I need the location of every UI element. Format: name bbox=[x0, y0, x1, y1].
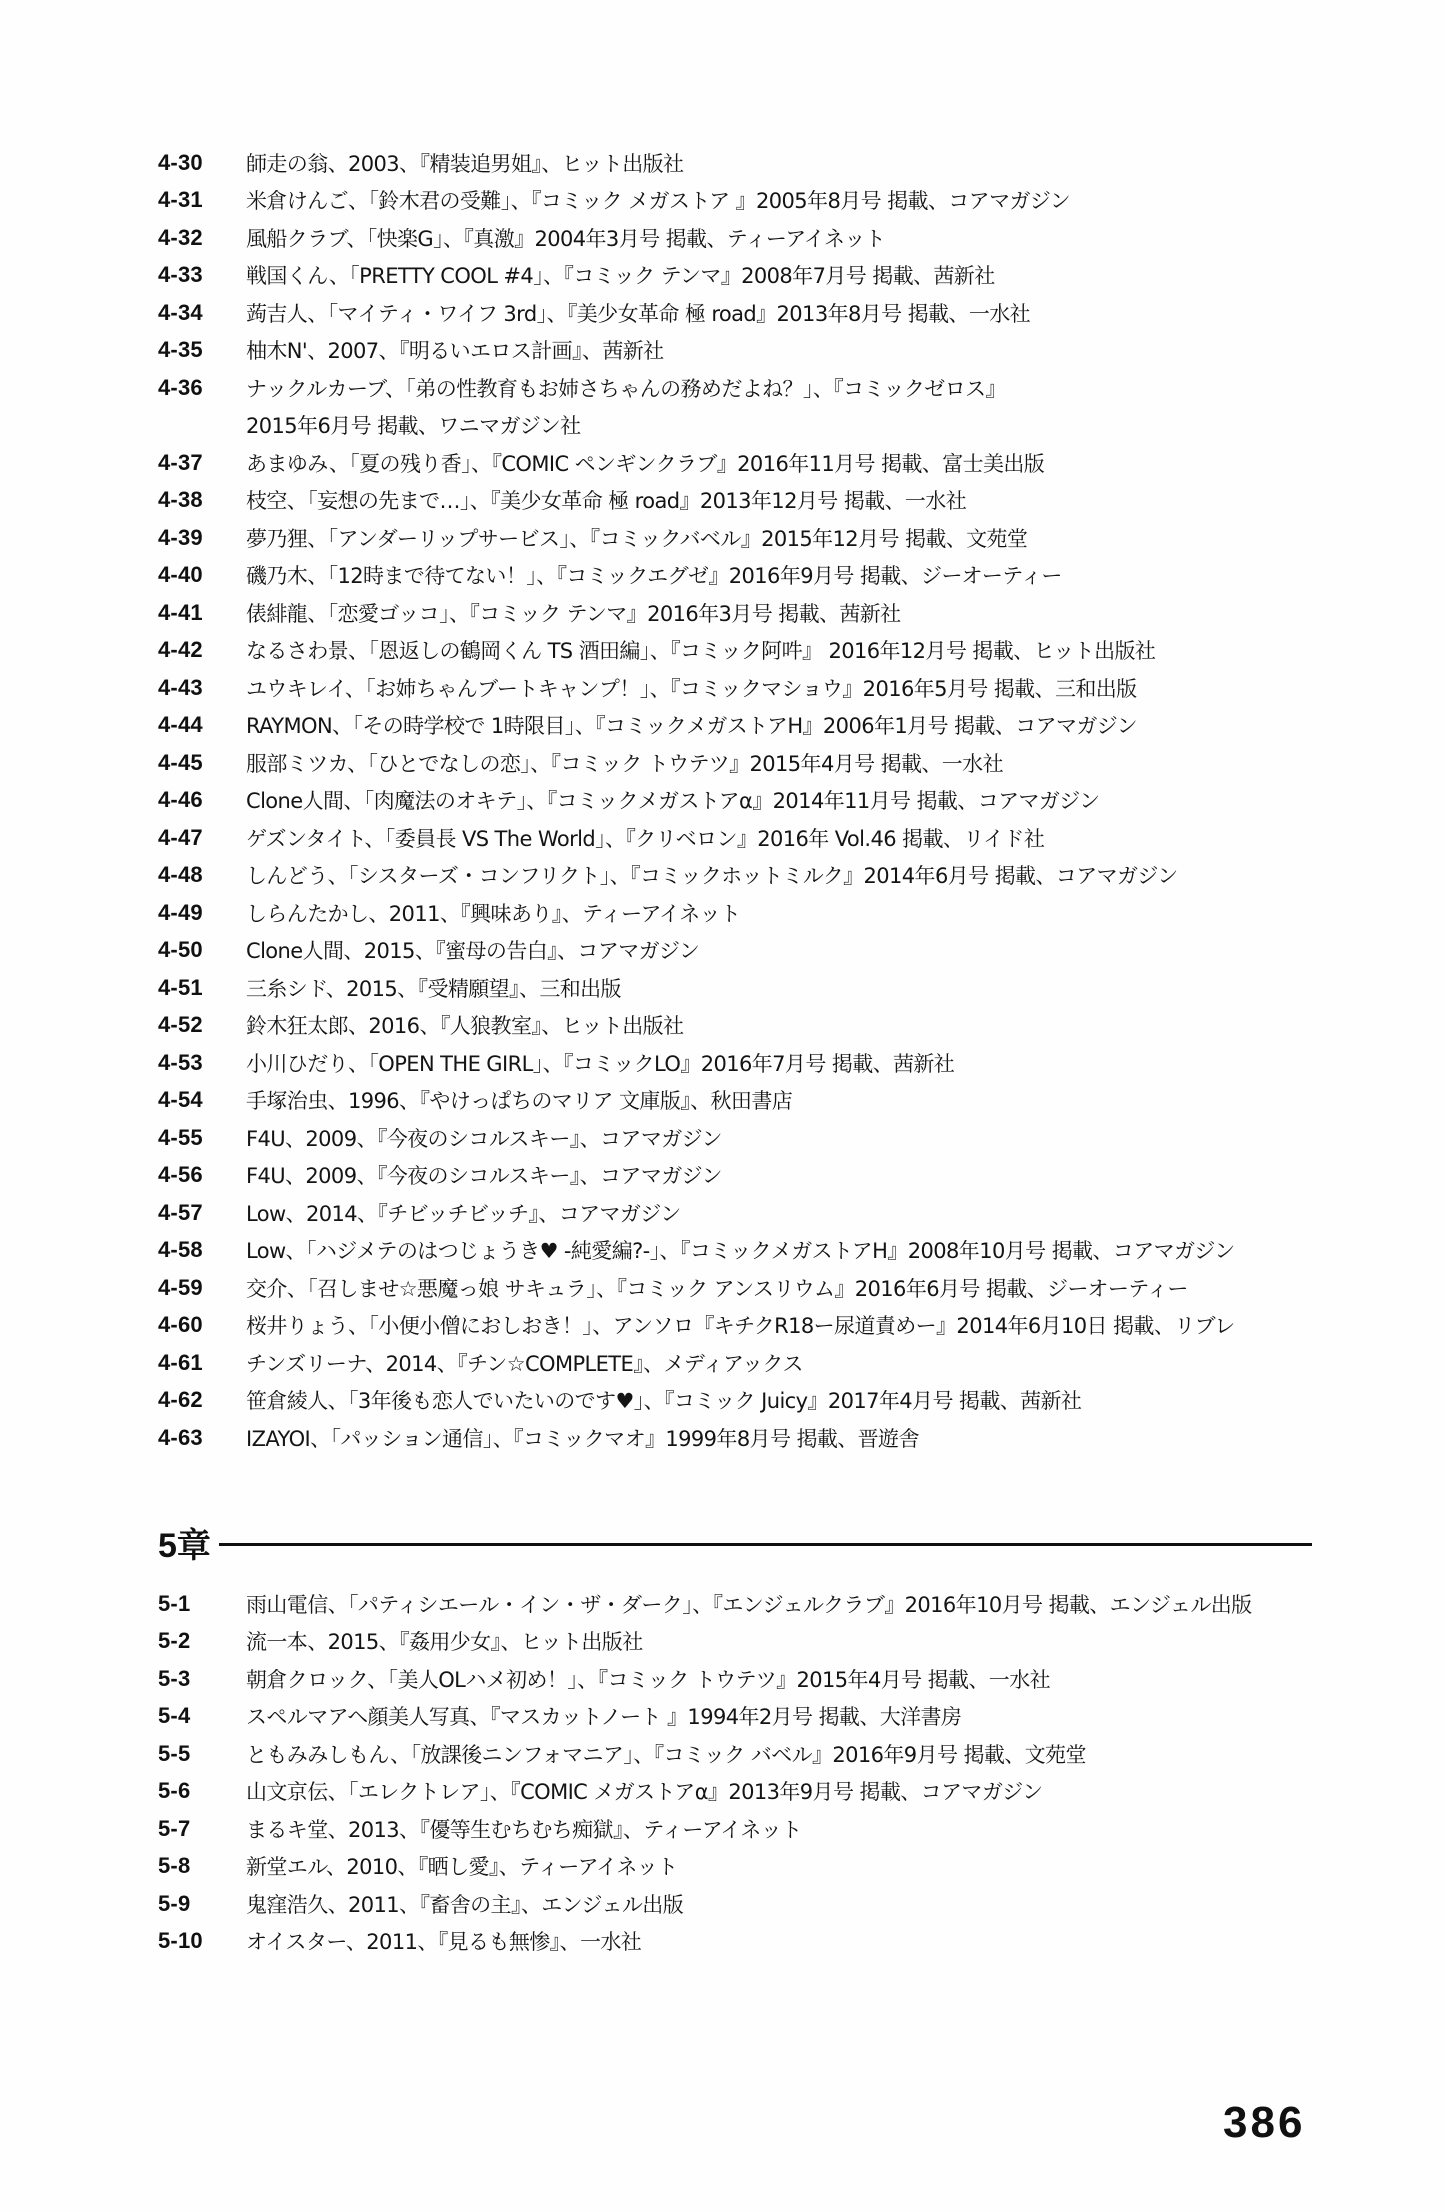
reference-entry: 5-7まるキ堂、2013、『優等生むちむち痴獄』、ティーアイネット bbox=[158, 1810, 802, 1847]
entry-text: ユウキレイ、「お姉ちゃんブートキャンプ！」、『コミックマショウ』2016年5月号… bbox=[246, 673, 1137, 703]
document-page: 4-30師走の翁、2003、『精装追男姐』、ヒット出版社 4-31米倉けんご、「… bbox=[0, 0, 1445, 2212]
entry-number: 4-58 bbox=[158, 1237, 246, 1263]
entry-text: 朝倉クロック、「美人OLハメ初め！」、『コミック トウテツ』2015年4月号 掲… bbox=[246, 1664, 1050, 1694]
reference-entry: 4-45服部ミツカ、「ひとでなしの恋」、『コミック トウテツ』2015年4月号 … bbox=[158, 744, 1003, 781]
entry-text: 戦国くん、「PRETTY COOL #4」、『コミック テンマ』2008年7月号… bbox=[246, 260, 995, 290]
entry-number: 4-39 bbox=[158, 525, 246, 551]
reference-entry: 4-57Low、2014、『チビッチビッチ』、コアマガジン bbox=[158, 1194, 681, 1231]
entry-number: 4-30 bbox=[158, 150, 246, 176]
entry-text-continuation: 2015年6月号 掲載、ワニマガジン社 bbox=[246, 410, 581, 440]
entry-text: 笹倉綾人、「3年後も恋人でいたいのです♥」、『コミック Juicy』2017年4… bbox=[246, 1385, 1081, 1415]
entry-text: 鬼窪浩久、2011、『畜舎の主』、エンジェル出版 bbox=[246, 1889, 683, 1919]
entry-text: 三糸シド、2015、『受精願望』、三和出版 bbox=[246, 973, 621, 1003]
entry-text: オイスター、2011、『見るも無惨』、一水社 bbox=[246, 1926, 641, 1956]
entry-text: Clone人間、「肉魔法のオキテ」、『コミックメガストアα』2014年11月号 … bbox=[246, 785, 1100, 815]
entry-text: 服部ミツカ、「ひとでなしの恋」、『コミック トウテツ』2015年4月号 掲載、一… bbox=[246, 748, 1003, 778]
reference-entry: 5-3朝倉クロック、「美人OLハメ初め！」、『コミック トウテツ』2015年4月… bbox=[158, 1660, 1050, 1697]
entry-number: 4-45 bbox=[158, 750, 246, 776]
entry-number: 4-59 bbox=[158, 1275, 246, 1301]
reference-entry: 4-44RAYMON、「その時学校で 1時限目」、『コミックメガストアH』200… bbox=[158, 706, 1137, 743]
reference-entry: 4-46Clone人間、「肉魔法のオキテ」、『コミックメガストアα』2014年1… bbox=[158, 781, 1100, 818]
entry-number: 5-2 bbox=[158, 1628, 246, 1654]
reference-entry: 4-33戦国くん、「PRETTY COOL #4」、『コミック テンマ』2008… bbox=[158, 256, 995, 293]
entry-number: 5-6 bbox=[158, 1778, 246, 1804]
entry-number: 4-40 bbox=[158, 562, 246, 588]
reference-entry: 4-35柚木N'、2007、『明るいエロス計画』、茜新社 bbox=[158, 331, 664, 368]
entry-number: 4-33 bbox=[158, 262, 246, 288]
entry-number: 5-4 bbox=[158, 1703, 246, 1729]
entry-text: 磯乃木、「12時まで待てない！」、『コミックエグゼ』2016年9月号 掲載、ジー… bbox=[246, 560, 1062, 590]
reference-entry: 4-47ゲズンタイト、「委員長 VS The World」、『クリベロン』201… bbox=[158, 819, 1044, 856]
entry-number: 5-1 bbox=[158, 1591, 246, 1617]
entry-number: 4-63 bbox=[158, 1425, 246, 1451]
entry-number: 4-52 bbox=[158, 1012, 246, 1038]
entry-number: 4-53 bbox=[158, 1050, 246, 1076]
entry-number: 4-56 bbox=[158, 1162, 246, 1188]
entry-number: 5-7 bbox=[158, 1816, 246, 1842]
entry-number: 5-5 bbox=[158, 1741, 246, 1767]
reference-entry: 4-61チンズリーナ、2014、『チン☆COMPLETE』、メディアックス bbox=[158, 1344, 803, 1381]
entry-text: 枝空、「妄想の先まで…」、『美少女革命 極 road』2013年12月号 掲載、… bbox=[246, 485, 966, 515]
reference-entry: 4-52鈴木狂太郎、2016、『人狼教室』、ヒット出版社 bbox=[158, 1006, 683, 1043]
page-number: 386 bbox=[1223, 2098, 1305, 2148]
entry-text: Low、「ハジメテのはつじょうき♥ -純愛編?-」、『コミックメガストアH』20… bbox=[246, 1235, 1235, 1265]
entry-number: 4-49 bbox=[158, 900, 246, 926]
entry-text: しらんたかし、2011、『興味あり』、ティーアイネット bbox=[246, 898, 740, 928]
entry-text: 交介、「召しませ☆悪魔っ娘 サキュラ」、『コミック アンスリウム』2016年6月… bbox=[246, 1273, 1188, 1303]
reference-entry: 4-43ユウキレイ、「お姉ちゃんブートキャンプ！」、『コミックマショウ』2016… bbox=[158, 669, 1137, 706]
entry-number: 4-61 bbox=[158, 1350, 246, 1376]
reference-entry: 4-30師走の翁、2003、『精装追男姐』、ヒット出版社 bbox=[158, 144, 683, 181]
entry-number: 4-41 bbox=[158, 600, 246, 626]
entry-text: まるキ堂、2013、『優等生むちむち痴獄』、ティーアイネット bbox=[246, 1814, 802, 1844]
reference-entry: 5-9鬼窪浩久、2011、『畜舎の主』、エンジェル出版 bbox=[158, 1885, 683, 1922]
reference-entry: 4-63IZAYOI、「パッション通信」、『コミックマオ』1999年8月号 掲載… bbox=[158, 1419, 919, 1456]
reference-entry: 4-58Low、「ハジメテのはつじょうき♥ -純愛編?-」、『コミックメガストア… bbox=[158, 1231, 1235, 1268]
entry-number: 4-44 bbox=[158, 712, 246, 738]
reference-entry: 4-54手塚治虫、1996、『やけっぱちのマリア 文庫版』、秋田書店 bbox=[158, 1081, 792, 1118]
entry-number: 4-50 bbox=[158, 937, 246, 963]
reference-entry: 4-34蒟吉人、「マイティ・ワイフ 3rd」、『美少女革命 極 road』201… bbox=[158, 294, 1030, 331]
entry-text: Clone人間、2015、『蜜母の告白』、コアマガジン bbox=[246, 935, 699, 965]
entry-number: 4-32 bbox=[158, 225, 246, 251]
entry-text: チンズリーナ、2014、『チン☆COMPLETE』、メディアックス bbox=[246, 1348, 803, 1378]
entry-text: 小川ひだり、「OPEN THE GIRL」、『コミックLO』2016年7月号 掲… bbox=[246, 1048, 954, 1078]
entry-text: 手塚治虫、1996、『やけっぱちのマリア 文庫版』、秋田書店 bbox=[246, 1085, 792, 1115]
entry-text: 師走の翁、2003、『精装追男姐』、ヒット出版社 bbox=[246, 148, 683, 178]
entry-text: 山文京伝、「エレクトレア」、『COMIC メガストアα』2013年9月号 掲載、… bbox=[246, 1776, 1043, 1806]
chapter-heading: 5章 bbox=[158, 1518, 1312, 1567]
entry-number: 4-46 bbox=[158, 787, 246, 813]
entry-text: F4U、2009、『今夜のシコルスキー』、コアマガジン bbox=[246, 1123, 722, 1153]
entry-number: 4-60 bbox=[158, 1312, 246, 1338]
entry-text: 流一本、2015、『姦用少女』、ヒット出版社 bbox=[246, 1626, 643, 1656]
entry-text: スペルマアヘ顔美人写真、『マスカットノート 』1994年2月号 掲載、大洋書房 bbox=[246, 1701, 961, 1731]
entry-number: 4-38 bbox=[158, 487, 246, 513]
reference-entry: 4-42なるさわ景、「恩返しの鶴岡くん TS 酒田編」、『コミック阿吽』 201… bbox=[158, 631, 1155, 668]
entry-text: 新堂エル、2010、『晒し愛』、ティーアイネット bbox=[246, 1851, 678, 1881]
entry-number: 5-10 bbox=[158, 1928, 246, 1954]
entry-text: ゲズンタイト、「委員長 VS The World」、『クリベロン』2016年 V… bbox=[246, 823, 1044, 853]
entry-number: 4-37 bbox=[158, 450, 246, 476]
entry-number: 4-47 bbox=[158, 825, 246, 851]
reference-entry: 5-10オイスター、2011、『見るも無惨』、一水社 bbox=[158, 1922, 641, 1959]
entry-number: 4-51 bbox=[158, 975, 246, 1001]
entry-number: 4-54 bbox=[158, 1087, 246, 1113]
entry-number: 5-3 bbox=[158, 1666, 246, 1692]
entry-number: 4-48 bbox=[158, 862, 246, 888]
reference-entry: 4-38枝空、「妄想の先まで…」、『美少女革命 極 road』2013年12月号… bbox=[158, 481, 966, 518]
reference-entry: 5-6山文京伝、「エレクトレア」、『COMIC メガストアα』2013年9月号 … bbox=[158, 1772, 1043, 1809]
reference-entry: 4-48しんどう、「シスターズ・コンフリクト」、『コミックホットミルク』2014… bbox=[158, 856, 1178, 893]
reference-entry: 4-37あまゆみ、「夏の残り香」、『COMIC ペンギンクラブ』2016年11月… bbox=[158, 444, 1044, 481]
reference-entry: 5-8新堂エル、2010、『晒し愛』、ティーアイネット bbox=[158, 1847, 678, 1884]
entry-number: 4-42 bbox=[158, 637, 246, 663]
reference-entry: 5-4スペルマアヘ顔美人写真、『マスカットノート 』1994年2月号 掲載、大洋… bbox=[158, 1697, 961, 1734]
reference-entry: 4-55F4U、2009、『今夜のシコルスキー』、コアマガジン bbox=[158, 1119, 722, 1156]
reference-entry: 4-50Clone人間、2015、『蜜母の告白』、コアマガジン bbox=[158, 931, 699, 968]
entry-text: 雨山電信、「パティシエール・イン・ザ・ダーク」、『エンジェルクラブ』2016年1… bbox=[246, 1589, 1252, 1619]
entry-text: あまゆみ、「夏の残り香」、『COMIC ペンギンクラブ』2016年11月号 掲載… bbox=[246, 448, 1044, 478]
reference-entry: 4-41俵緋龍、「恋愛ゴッコ」、『コミック テンマ』2016年3月号 掲載、茜新… bbox=[158, 594, 901, 631]
entry-text: RAYMON、「その時学校で 1時限目」、『コミックメガストアH』2006年1月… bbox=[246, 710, 1137, 740]
entry-number: 4-34 bbox=[158, 300, 246, 326]
entry-text: 鈴木狂太郎、2016、『人狼教室』、ヒット出版社 bbox=[246, 1010, 683, 1040]
entry-text: IZAYOI、「パッション通信」、『コミックマオ』1999年8月号 掲載、晋遊舎 bbox=[246, 1423, 919, 1453]
reference-entry: 5-5ともみみしもん、「放課後ニンフォマニア」、『コミック バベル』2016年9… bbox=[158, 1735, 1086, 1772]
reference-entry: 5-1雨山電信、「パティシエール・イン・ザ・ダーク」、『エンジェルクラブ』201… bbox=[158, 1585, 1252, 1622]
chapter-title: 5章 bbox=[158, 1518, 211, 1567]
entry-text: なるさわ景、「恩返しの鶴岡くん TS 酒田編」、『コミック阿吽』 2016年12… bbox=[246, 635, 1155, 665]
reference-entry: 4-56F4U、2009、『今夜のシコルスキー』、コアマガジン bbox=[158, 1156, 722, 1193]
reference-entry: 4-40磯乃木、「12時まで待てない！」、『コミックエグゼ』2016年9月号 掲… bbox=[158, 556, 1062, 593]
entry-text: Low、2014、『チビッチビッチ』、コアマガジン bbox=[246, 1198, 681, 1228]
entry-text: 夢乃狸、「アンダーリップサービス」、『コミックバベル』2015年12月号 掲載、… bbox=[246, 523, 1027, 553]
entry-number: 4-55 bbox=[158, 1125, 246, 1151]
entry-text: しんどう、「シスターズ・コンフリクト」、『コミックホットミルク』2014年6月号… bbox=[246, 860, 1178, 890]
reference-entry: 4-59交介、「召しませ☆悪魔っ娘 サキュラ」、『コミック アンスリウム』201… bbox=[158, 1269, 1188, 1306]
entry-number: 4-62 bbox=[158, 1387, 246, 1413]
reference-entry: 4-49しらんたかし、2011、『興味あり』、ティーアイネット bbox=[158, 894, 740, 931]
entry-text: 米倉けんご、「鈴木君の受難」、『コミック メガストア 』2005年8月号 掲載、… bbox=[246, 185, 1070, 215]
entry-text: 柚木N'、2007、『明るいエロス計画』、茜新社 bbox=[246, 335, 664, 365]
entry-text: 俵緋龍、「恋愛ゴッコ」、『コミック テンマ』2016年3月号 掲載、茜新社 bbox=[246, 598, 901, 628]
entry-number: 4-36 bbox=[158, 375, 246, 401]
entry-text: 風船クラブ、「快楽G」、『真激』2004年3月号 掲載、ティーアイネット bbox=[246, 223, 885, 253]
reference-entry: 4-62笹倉綾人、「3年後も恋人でいたいのです♥」、『コミック Juicy』20… bbox=[158, 1381, 1081, 1418]
entry-text: ナックルカーブ、「弟の性教育もお姉さちゃんの務めだよね？」、『コミックゼロス』 bbox=[246, 373, 1006, 403]
entry-number: 4-31 bbox=[158, 187, 246, 213]
entry-number: 4-35 bbox=[158, 337, 246, 363]
reference-entry: 4-36ナックルカーブ、「弟の性教育もお姉さちゃんの務めだよね？」、『コミックゼ… bbox=[158, 369, 1006, 406]
reference-entry: 4-32風船クラブ、「快楽G」、『真激』2004年3月号 掲載、ティーアイネット bbox=[158, 219, 885, 256]
reference-entry: 5-2流一本、2015、『姦用少女』、ヒット出版社 bbox=[158, 1622, 643, 1659]
entry-number: 4-57 bbox=[158, 1200, 246, 1226]
entry-number: 5-8 bbox=[158, 1853, 246, 1879]
reference-entry: 4-51三糸シド、2015、『受精願望』、三和出版 bbox=[158, 969, 621, 1006]
entry-text: F4U、2009、『今夜のシコルスキー』、コアマガジン bbox=[246, 1160, 722, 1190]
reference-entry: 4-31米倉けんご、「鈴木君の受難」、『コミック メガストア 』2005年8月号… bbox=[158, 181, 1070, 218]
reference-entry-continuation: 2015年6月号 掲載、ワニマガジン社 bbox=[246, 406, 581, 443]
reference-entry: 4-39夢乃狸、「アンダーリップサービス」、『コミックバベル』2015年12月号… bbox=[158, 519, 1027, 556]
entry-text: 蒟吉人、「マイティ・ワイフ 3rd」、『美少女革命 極 road』2013年8月… bbox=[246, 298, 1030, 328]
entry-number: 4-43 bbox=[158, 675, 246, 701]
entry-text: 桜井りょう、「小便小僧におしおき！」、アンソロ『キチクR18ー尿道責めー』201… bbox=[246, 1310, 1235, 1340]
entry-text: ともみみしもん、「放課後ニンフォマニア」、『コミック バベル』2016年9月号 … bbox=[246, 1739, 1086, 1769]
reference-entry: 4-60桜井りょう、「小便小僧におしおき！」、アンソロ『キチクR18ー尿道責めー… bbox=[158, 1306, 1235, 1343]
entry-number: 5-9 bbox=[158, 1891, 246, 1917]
chapter-divider-rule bbox=[219, 1543, 1312, 1546]
reference-entry: 4-53小川ひだり、「OPEN THE GIRL」、『コミックLO』2016年7… bbox=[158, 1044, 954, 1081]
